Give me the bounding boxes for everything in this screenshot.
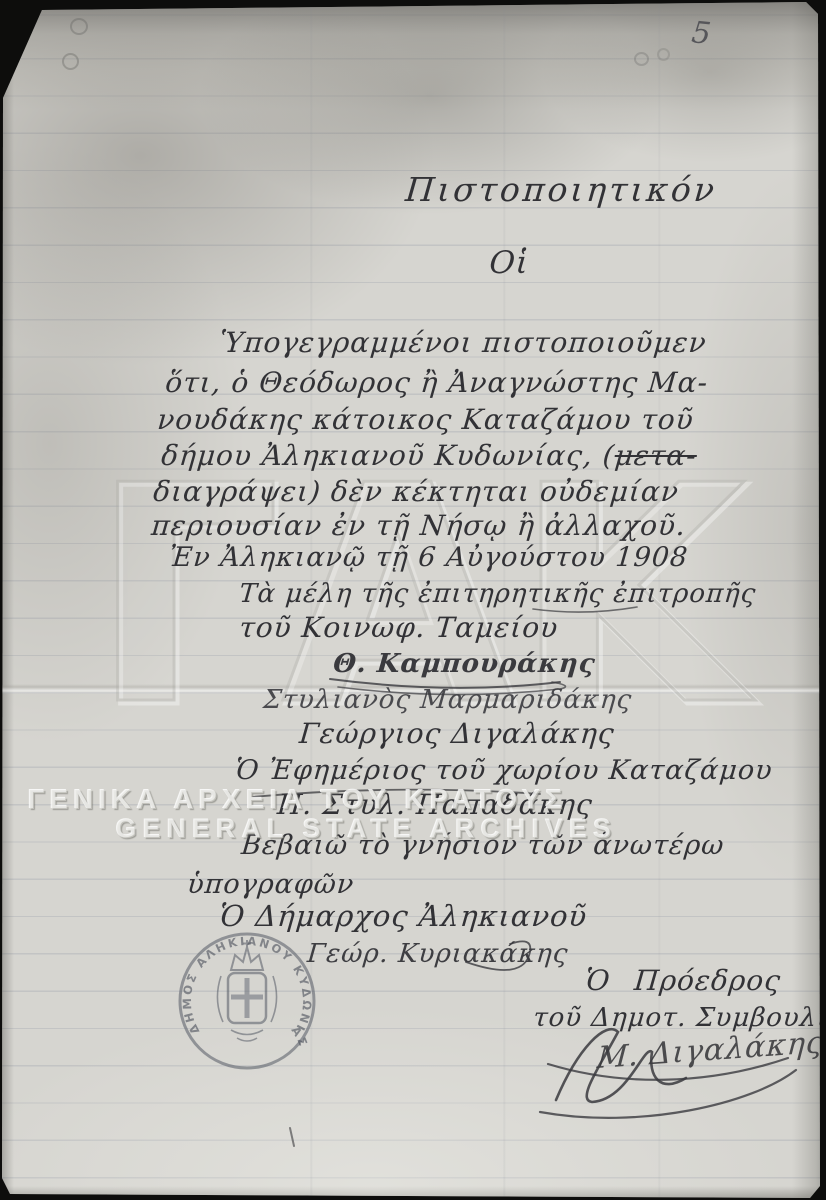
president-signature-stroke [548, 1058, 788, 1080]
mayor-signature-tail [466, 941, 530, 970]
committee-underline [533, 607, 637, 612]
ink-flourishes [0, 0, 826, 1200]
scanned-document: ΓΑΚ ΓΑΚ ΔΗΜΟΣ ΑΛΗΚΙΑΝΟΥ ΚΥΔΩΝΙΑΣ [0, 0, 826, 1200]
treasurer-underline [330, 679, 560, 688]
president-signature-underline [540, 1070, 796, 1118]
president-signature-scrawl [556, 1029, 686, 1102]
paper-sheet: ΓΑΚ ΓΑΚ ΔΗΜΟΣ ΑΛΗΚΙΑΝΟΥ ΚΥΔΩΝΙΑΣ [0, 0, 826, 1200]
priest-overline [252, 790, 540, 797]
stray-ink-mark [290, 1128, 294, 1146]
